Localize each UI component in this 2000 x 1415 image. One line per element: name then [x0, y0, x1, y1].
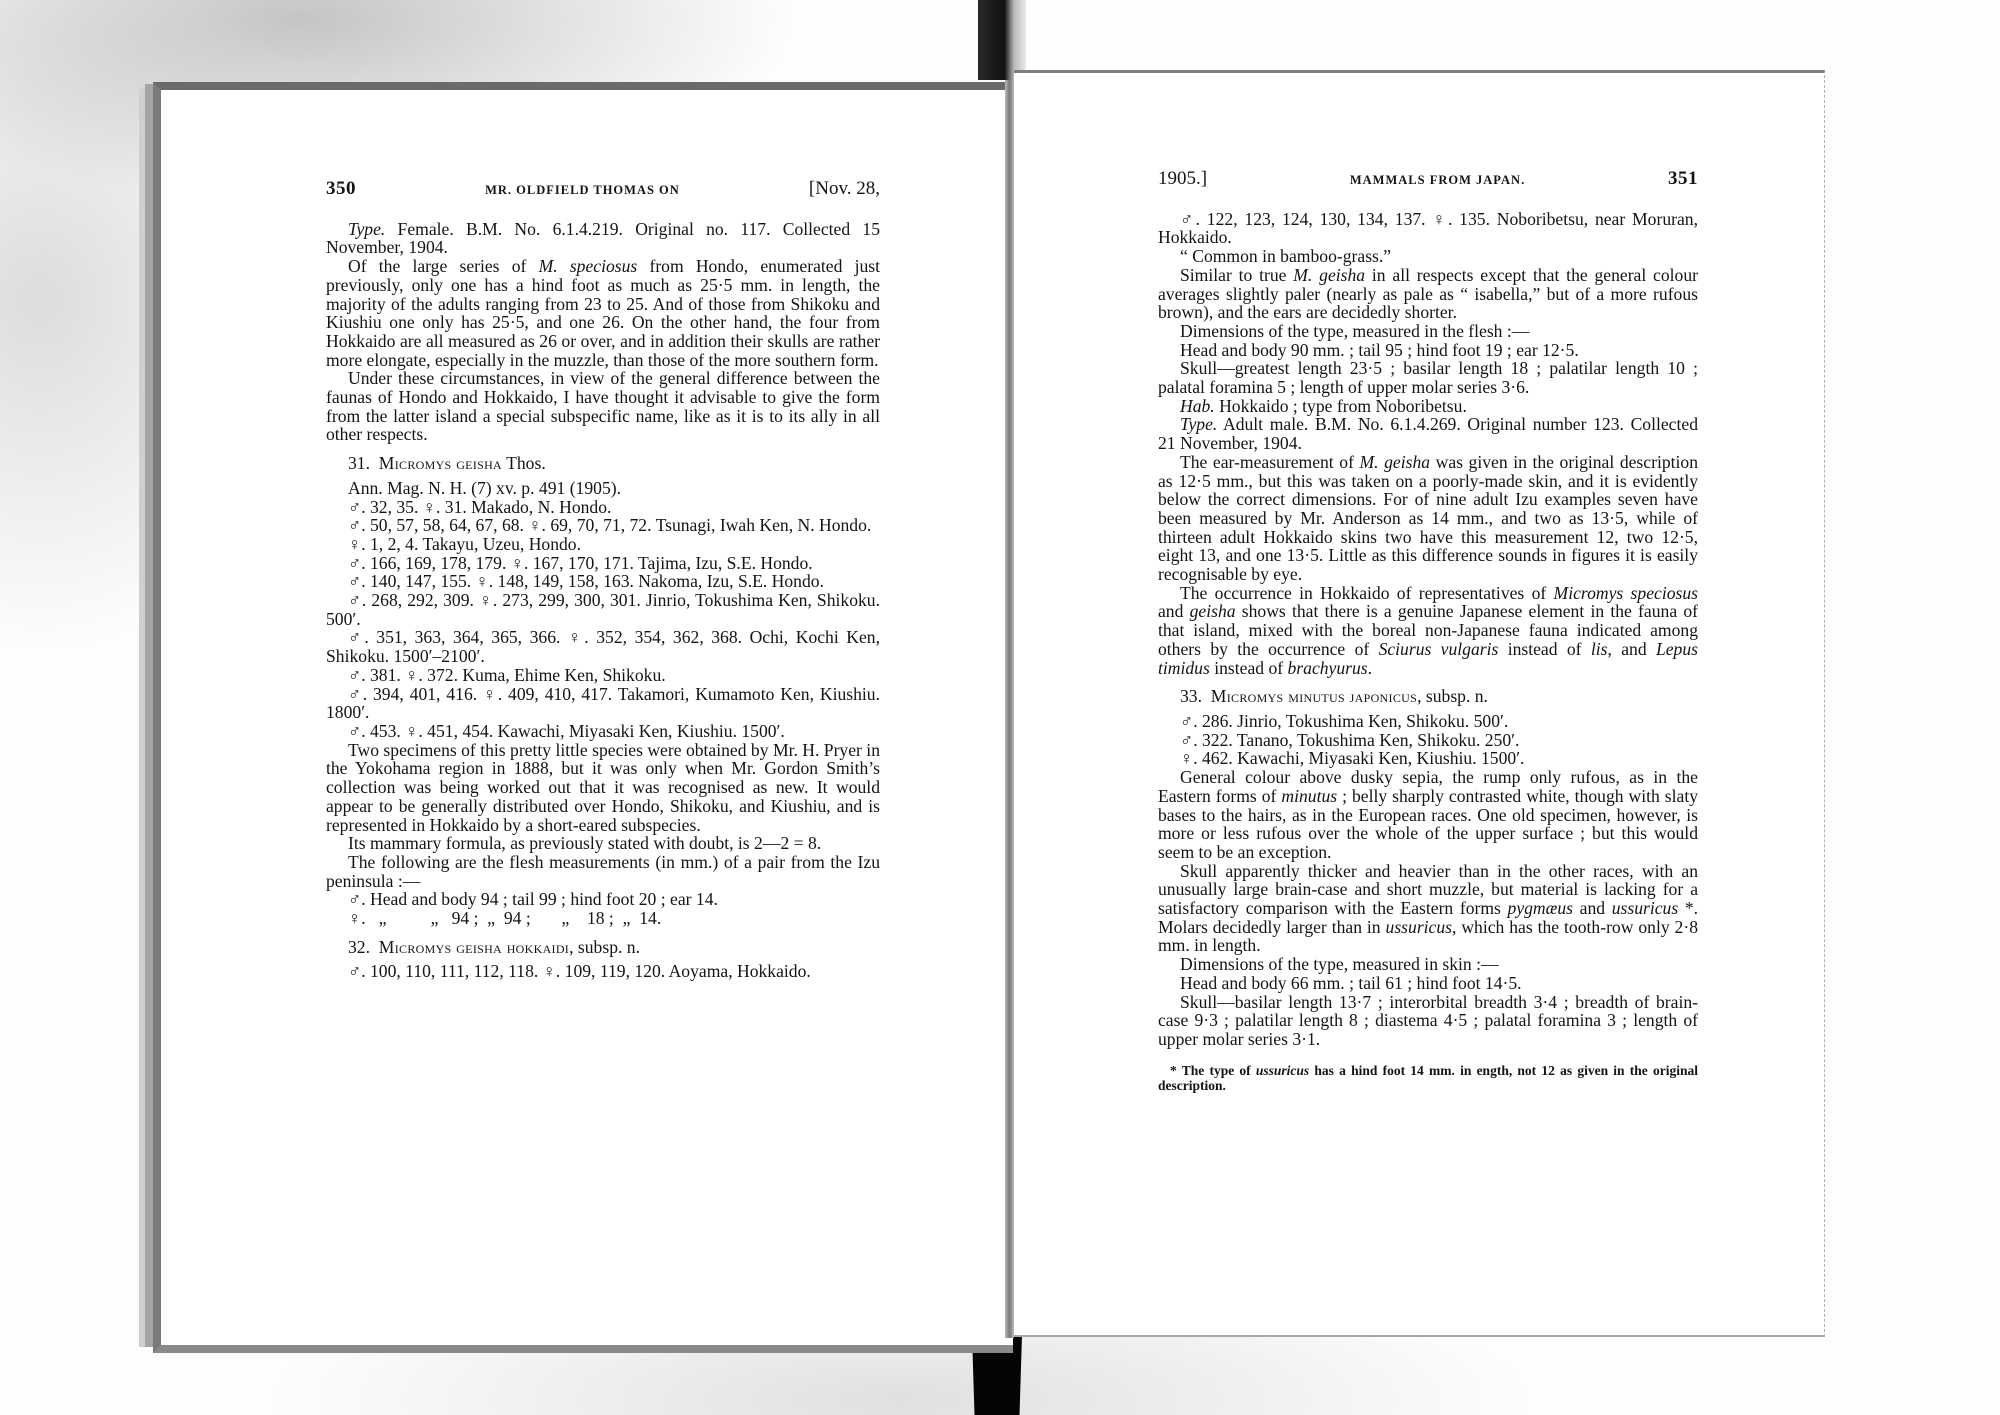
page-number: 351 [1668, 170, 1698, 189]
list-item: ♂. 140, 147, 155. ♀. 148, 149, 158, 163.… [326, 572, 880, 591]
list-item: ♂. 381. ♀. 372. Kuma, Ehime Ken, Shikoku… [326, 666, 880, 685]
species-heading-31: 31. Micromys geisha Thos. [326, 454, 880, 473]
list-item: Two specimens of this pretty little spec… [326, 741, 880, 835]
species-reference: Ann. Mag. N. H. (7) xv. p. 491 (1905). [326, 479, 880, 498]
habitat-line: Hab. Hokkaido ; type from Noboribetsu. [1158, 397, 1698, 416]
right-page-text: 1905.] MAMMALS FROM JAPAN. 351 ♂. 122, 1… [1158, 170, 1698, 1093]
specimen-records-31: ♂. 32, 35. ♀. 31. Makado, N. Hondo.♂. 50… [326, 498, 880, 741]
specimen-records-32-cont: ♂. 122, 123, 124, 130, 134, 137. ♀. 135.… [1158, 210, 1698, 247]
list-item: ♂. 50, 57, 58, 64, 67, 68. ♀. 69, 70, 71… [326, 516, 880, 535]
specimen-records-33: ♂. 286. Jinrio, Tokushima Ken, Shikoku. … [1158, 712, 1698, 768]
specimen-records-32: ♂. 100, 110, 111, 112, 118. ♀. 109, 119,… [326, 962, 880, 981]
running-date: 1905.] [1158, 170, 1207, 189]
dimensions2-flesh: Head and body 66 mm. ; tail 61 ; hind fo… [1158, 974, 1698, 993]
list-item: ♂. 32, 35. ♀. 31. Makado, N. Hondo. [326, 498, 880, 517]
list-item: ♂. 286. Jinrio, Tokushima Ken, Shikoku. … [1158, 712, 1698, 731]
list-item: ♂. 268, 292, 309. ♀. 273, 299, 300, 301.… [326, 591, 880, 628]
paragraph: Of the large series of M. speciosus from… [326, 257, 880, 369]
running-date: [Nov. 28, [809, 180, 880, 199]
running-title: MAMMALS FROM JAPAN. [1350, 171, 1525, 190]
list-item: ♂. 322. Tanano, Tokushima Ken, Shikoku. … [1158, 731, 1698, 750]
paragraph: Under these circumstances, in view of th… [326, 369, 880, 444]
species-heading-32: 32. Micromys geisha hokkaidi, subsp. n. [326, 938, 880, 957]
book-spine-top [978, 0, 1026, 80]
comparison-paragraph: Similar to true M. geisha in all respect… [1158, 266, 1698, 322]
list-item: The following are the flesh measurements… [326, 853, 880, 890]
page-number: 350 [326, 180, 356, 199]
list-item: ♀. 462. Kawachi, Miyasaki Ken, Kiushiu. … [1158, 749, 1698, 768]
dimensions-flesh: Head and body 90 mm. ; tail 95 ; hind fo… [1158, 341, 1698, 360]
habitat-quote: “ Common in bamboo-grass.” [1158, 247, 1698, 266]
running-title: MR. OLDFIELD THOMAS ON [485, 181, 680, 200]
species-heading-33: 33. Micromys minutus japonicus, subsp. n… [1158, 687, 1698, 706]
list-item: ♂. 122, 123, 124, 130, 134, 137. ♀. 135.… [1158, 210, 1698, 247]
type-line: Type. Adult male. B.M. No. 6.1.4.269. Or… [1158, 415, 1698, 452]
ear-measurement-paragraph: The ear-measurement of M. geisha was giv… [1158, 453, 1698, 584]
flesh-measurements: ♂. Head and body 94 ; tail 99 ; hind foo… [326, 890, 880, 927]
intro-paragraphs: Type. Female. B.M. No. 6.1.4.219. Origin… [326, 220, 880, 444]
book-gutter [1005, 80, 1014, 1338]
list-item: ♂. 351, 363, 364, 365, 366. ♀. 352, 354,… [326, 628, 880, 665]
dimensions2-intro: Dimensions of the type, measured in skin… [1158, 955, 1698, 974]
list-item: ♀. „ „ 94 ; „ 94 ; „ 18 ; „ 14. [326, 909, 880, 928]
footnote: * The type of ussuricus has a hind foot … [1158, 1063, 1698, 1093]
paragraph: Type. Female. B.M. No. 6.1.4.219. Origin… [326, 220, 880, 257]
running-head-right: 1905.] MAMMALS FROM JAPAN. 351 [1158, 170, 1698, 190]
list-item: ♀. 1, 2, 4. Takayu, Uzeu, Hondo. [326, 535, 880, 554]
colour-paragraph: General colour above dusky sepia, the ru… [1158, 768, 1698, 862]
list-item: Its mammary formula, as previously state… [326, 834, 880, 853]
running-head-left: 350 MR. OLDFIELD THOMAS ON [Nov. 28, [326, 180, 880, 200]
list-item: ♂. 166, 169, 178, 179. ♀. 167, 170, 171.… [326, 554, 880, 573]
dimensions-intro: Dimensions of the type, measured in the … [1158, 322, 1698, 341]
list-item: ♂. 394, 401, 416. ♀. 409, 410, 417. Taka… [326, 685, 880, 722]
list-item: ♂. 100, 110, 111, 112, 118. ♀. 109, 119,… [326, 962, 880, 981]
species-31-paragraphs: Two specimens of this pretty little spec… [326, 741, 880, 891]
list-item: ♂. 453. ♀. 451, 454. Kawachi, Miyasaki K… [326, 722, 880, 741]
dimensions2-skull: Skull—basilar length 13·7 ; interorbital… [1158, 993, 1698, 1049]
dimensions-skull: Skull—greatest length 23·5 ; basilar len… [1158, 359, 1698, 396]
occurrence-paragraph: The occurrence in Hokkaido of representa… [1158, 584, 1698, 678]
list-item: ♂. Head and body 94 ; tail 99 ; hind foo… [326, 890, 880, 909]
left-page-text: 350 MR. OLDFIELD THOMAS ON [Nov. 28, Typ… [326, 180, 880, 981]
skull-paragraph: Skull apparently thicker and heavier tha… [1158, 862, 1698, 956]
